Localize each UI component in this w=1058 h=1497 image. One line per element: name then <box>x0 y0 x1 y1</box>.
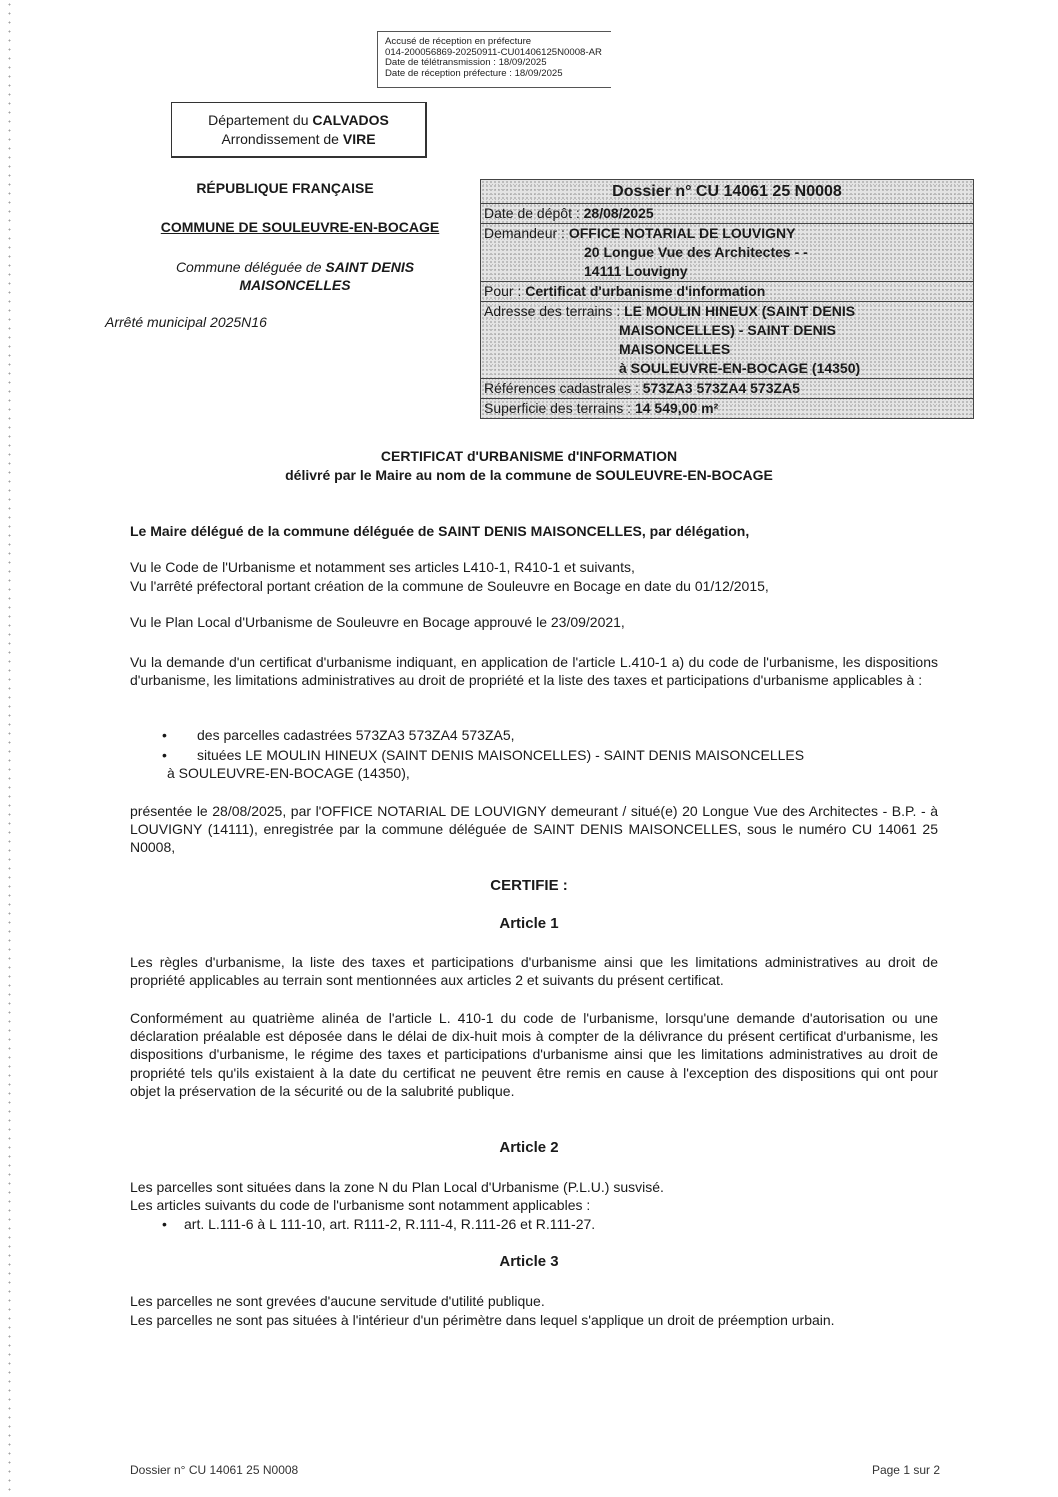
superficie-label: Superficie des terrains : <box>484 400 635 416</box>
arrondissement-name: VIRE <box>343 131 376 147</box>
presentee-paragraph: présentée le 28/08/2025, par l'OFFICE NO… <box>130 802 938 857</box>
maire-statement: Le Maire délégué de la commune déléguée … <box>130 522 938 540</box>
footer-dossier-number: Dossier n° CU 14061 25 N0008 <box>130 1463 298 1477</box>
pour-value: Certificat d'urbanisme d'information <box>525 283 765 299</box>
vu-demande: Vu la demande d'un certificat d'urbanism… <box>130 653 938 689</box>
bullet-icon: • <box>162 746 167 764</box>
list-item: • art. L.111-6 à L 111-10, art. R111-2, … <box>162 1215 938 1233</box>
superficie-row: Superficie des terrains : 14 549,00 m² <box>481 398 973 418</box>
department-label: Département du <box>208 112 312 128</box>
vu-code: Vu le Code de l'Urbanisme et notamment s… <box>130 558 938 576</box>
stamp-line: Date de réception préfecture : 18/09/202… <box>385 69 611 80</box>
certifie-heading: CERTIFIE : <box>0 877 1058 894</box>
article-2-heading: Article 2 <box>0 1139 1058 1156</box>
vu-arrete: Vu l'arrêté préfectoral portant création… <box>130 577 938 595</box>
references-value: 573ZA3 573ZA4 573ZA5 <box>643 380 800 396</box>
stamp-line: Accusé de réception en préfecture <box>385 37 611 48</box>
article-3-heading: Article 3 <box>0 1253 1058 1270</box>
commune-deleguee-label: Commune déléguée de <box>176 259 325 275</box>
article-3-line: Les parcelles ne sont grevées d'aucune s… <box>130 1292 938 1310</box>
certificate-subheading: délivré par le Maire au nom de la commun… <box>0 466 1058 485</box>
vu-plu: Vu le Plan Local d'Urbanisme de Souleuvr… <box>130 613 938 631</box>
article-1-paragraph: Les règles d'urbanisme, la liste des tax… <box>130 953 938 989</box>
department-name: CALVADOS <box>312 112 388 128</box>
list-item: • des parcelles cadastrées 573ZA3 573ZA4… <box>162 726 938 744</box>
date-depot-label: Date de dépôt : <box>484 205 584 221</box>
adresse-label: Adresse des terrains : <box>484 303 624 319</box>
bullet-icon: • <box>162 726 167 744</box>
adresse-value: MAISONCELLES <box>484 340 970 359</box>
list-item-text: art. L.111-6 à L 111-10, art. R111-2, R.… <box>162 1215 938 1233</box>
commune-deleguee: Commune déléguée de SAINT DENIS MAISONCE… <box>125 258 465 294</box>
prefecture-receipt-stamp: Accusé de réception en préfecture 014-20… <box>377 31 611 88</box>
certificate-title: CERTIFICAT d'URBANISME d'INFORMATION dél… <box>0 447 1058 485</box>
article-3-line: Les parcelles ne sont pas situées à l'in… <box>130 1311 938 1329</box>
footer-page-number: Page 1 sur 2 <box>872 1463 940 1477</box>
article-2-line: Les parcelles sont situées dans la zone … <box>130 1178 938 1196</box>
references-row: Références cadastrales : 573ZA3 573ZA4 5… <box>481 378 973 398</box>
demandeur-row: Demandeur : OFFICE NOTARIAL DE LOUVIGNY … <box>481 223 973 281</box>
demandeur-label: Demandeur : <box>484 225 569 241</box>
list-item-text: situées LE MOULIN HINEUX (SAINT DENIS MA… <box>162 746 938 764</box>
list-item-continuation: à SOULEUVRE-EN-BOCAGE (14350), <box>162 764 938 782</box>
list-item-text: des parcelles cadastrées 573ZA3 573ZA4 5… <box>162 726 938 744</box>
pour-row: Pour : Certificat d'urbanisme d'informat… <box>481 281 973 301</box>
demandeur-city: 14111 Louvigny <box>484 262 970 281</box>
adresse-value: MAISONCELLES) - SAINT DENIS <box>484 321 970 340</box>
dossier-number: Dossier n° CU 14061 25 N0008 <box>481 180 973 203</box>
date-depot-row: Date de dépôt : 28/08/2025 <box>481 203 973 223</box>
arrondissement-line: Arrondissement de VIRE <box>172 130 425 149</box>
adresse-row: Adresse des terrains : LE MOULIN HINEUX … <box>481 301 973 378</box>
date-depot-value: 28/08/2025 <box>584 205 654 221</box>
commune-heading: COMMUNE DE SOULEUVRE-EN-BOCAGE <box>125 219 475 235</box>
article-1-paragraph: Conformément au quatrième alinéa de l'ar… <box>130 1009 938 1100</box>
certificate-heading: CERTIFICAT d'URBANISME d'INFORMATION <box>0 447 1058 466</box>
department-line: Département du CALVADOS <box>172 111 425 130</box>
demandeur-address: 20 Longue Vue des Architectes - - <box>484 243 970 262</box>
references-label: Références cadastrales : <box>484 380 643 396</box>
list-item: • situées LE MOULIN HINEUX (SAINT DENIS … <box>162 746 938 782</box>
demandeur-name: OFFICE NOTARIAL DE LOUVIGNY <box>569 225 796 241</box>
adresse-value: à SOULEUVRE-EN-BOCAGE (14350) <box>484 359 970 378</box>
article-1-heading: Article 1 <box>0 915 1058 932</box>
pour-label: Pour : <box>484 283 525 299</box>
bullet-icon: • <box>162 1215 167 1233</box>
adresse-value: LE MOULIN HINEUX (SAINT DENIS <box>624 303 855 319</box>
department-box: Département du CALVADOS Arrondissement d… <box>171 102 427 158</box>
article-2-line: Les articles suivants du code de l'urban… <box>130 1196 938 1214</box>
dossier-info-table: Dossier n° CU 14061 25 N0008 Date de dép… <box>480 179 974 419</box>
scan-margin-dots <box>8 0 11 1497</box>
superficie-value: 14 549,00 m² <box>635 400 718 416</box>
arrete-number: Arrêté municipal 2025N16 <box>105 314 267 330</box>
arrondissement-label: Arrondissement de <box>221 131 342 147</box>
republique-heading: RÉPUBLIQUE FRANÇAISE <box>100 180 470 196</box>
